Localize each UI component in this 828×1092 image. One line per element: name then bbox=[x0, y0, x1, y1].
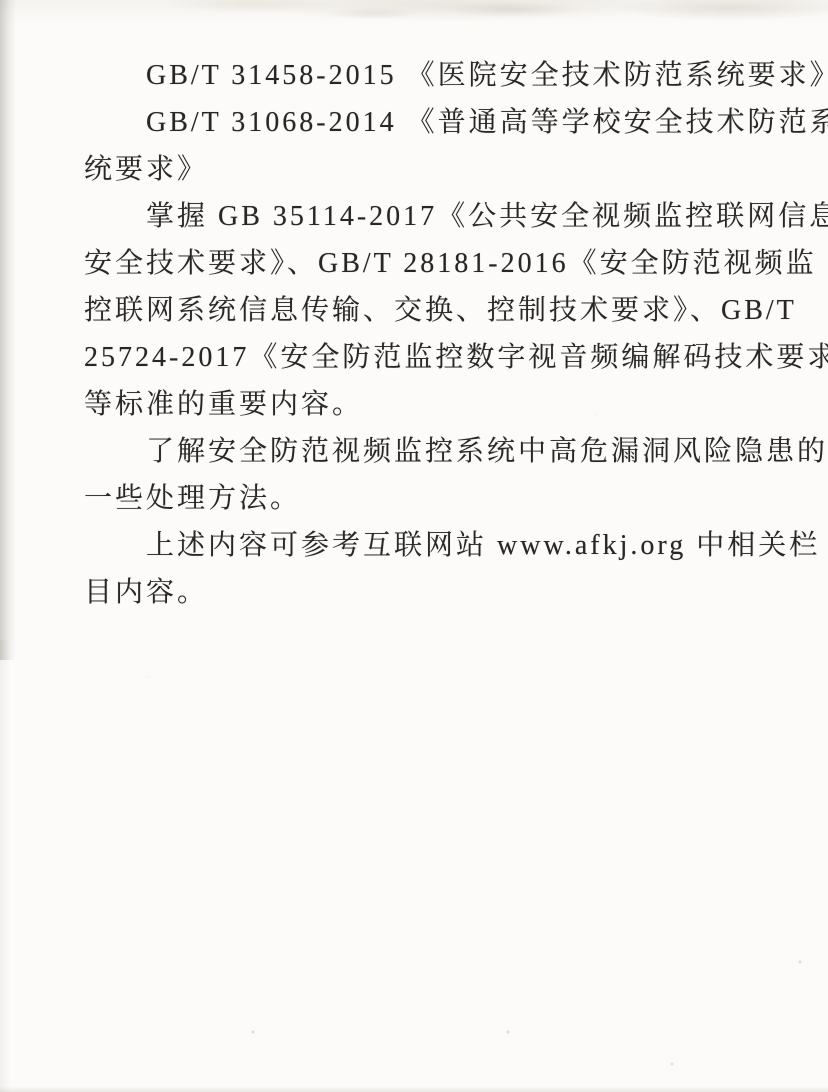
text-body: GB/T 31458-2015 《医院安全技术防范系统要求》GB/T 31068… bbox=[84, 52, 762, 616]
text-line: 等标准的重要内容。 bbox=[84, 381, 762, 428]
text-line: GB/T 31458-2015 《医院安全技术防范系统要求》 bbox=[84, 52, 762, 99]
text-line: 了解安全防范视频监控系统中高危漏洞风险隐患的 bbox=[84, 428, 762, 475]
document-page: GB/T 31458-2015 《医院安全技术防范系统要求》GB/T 31068… bbox=[0, 0, 828, 1092]
text-line: 一些处理方法。 bbox=[84, 475, 762, 522]
text-line: 控联网系统信息传输、交换、控制技术要求》、GB/T bbox=[84, 287, 762, 334]
text-line: 安全技术要求》、GB/T 28181-2016《安全防范视频监 bbox=[84, 240, 762, 287]
text-line: 上述内容可参考互联网站 www.afkj.org 中相关栏 bbox=[84, 522, 762, 569]
text-line: GB/T 31068-2014 《普通高等学校安全技术防范系 bbox=[84, 99, 762, 146]
text-line: 目内容。 bbox=[84, 569, 762, 616]
scan-left-shadow-fade bbox=[0, 640, 10, 1092]
text-line: 25724-2017《安全防范监控数字视音频编解码技术要求》 bbox=[84, 334, 762, 381]
scan-bottom-shadow bbox=[0, 1086, 828, 1092]
scan-left-shadow bbox=[0, 0, 16, 660]
text-line: 掌握 GB 35114-2017《公共安全视频监控联网信息 bbox=[84, 193, 762, 240]
scan-top-noise bbox=[0, 0, 828, 24]
text-line: 统要求》 bbox=[84, 146, 762, 193]
